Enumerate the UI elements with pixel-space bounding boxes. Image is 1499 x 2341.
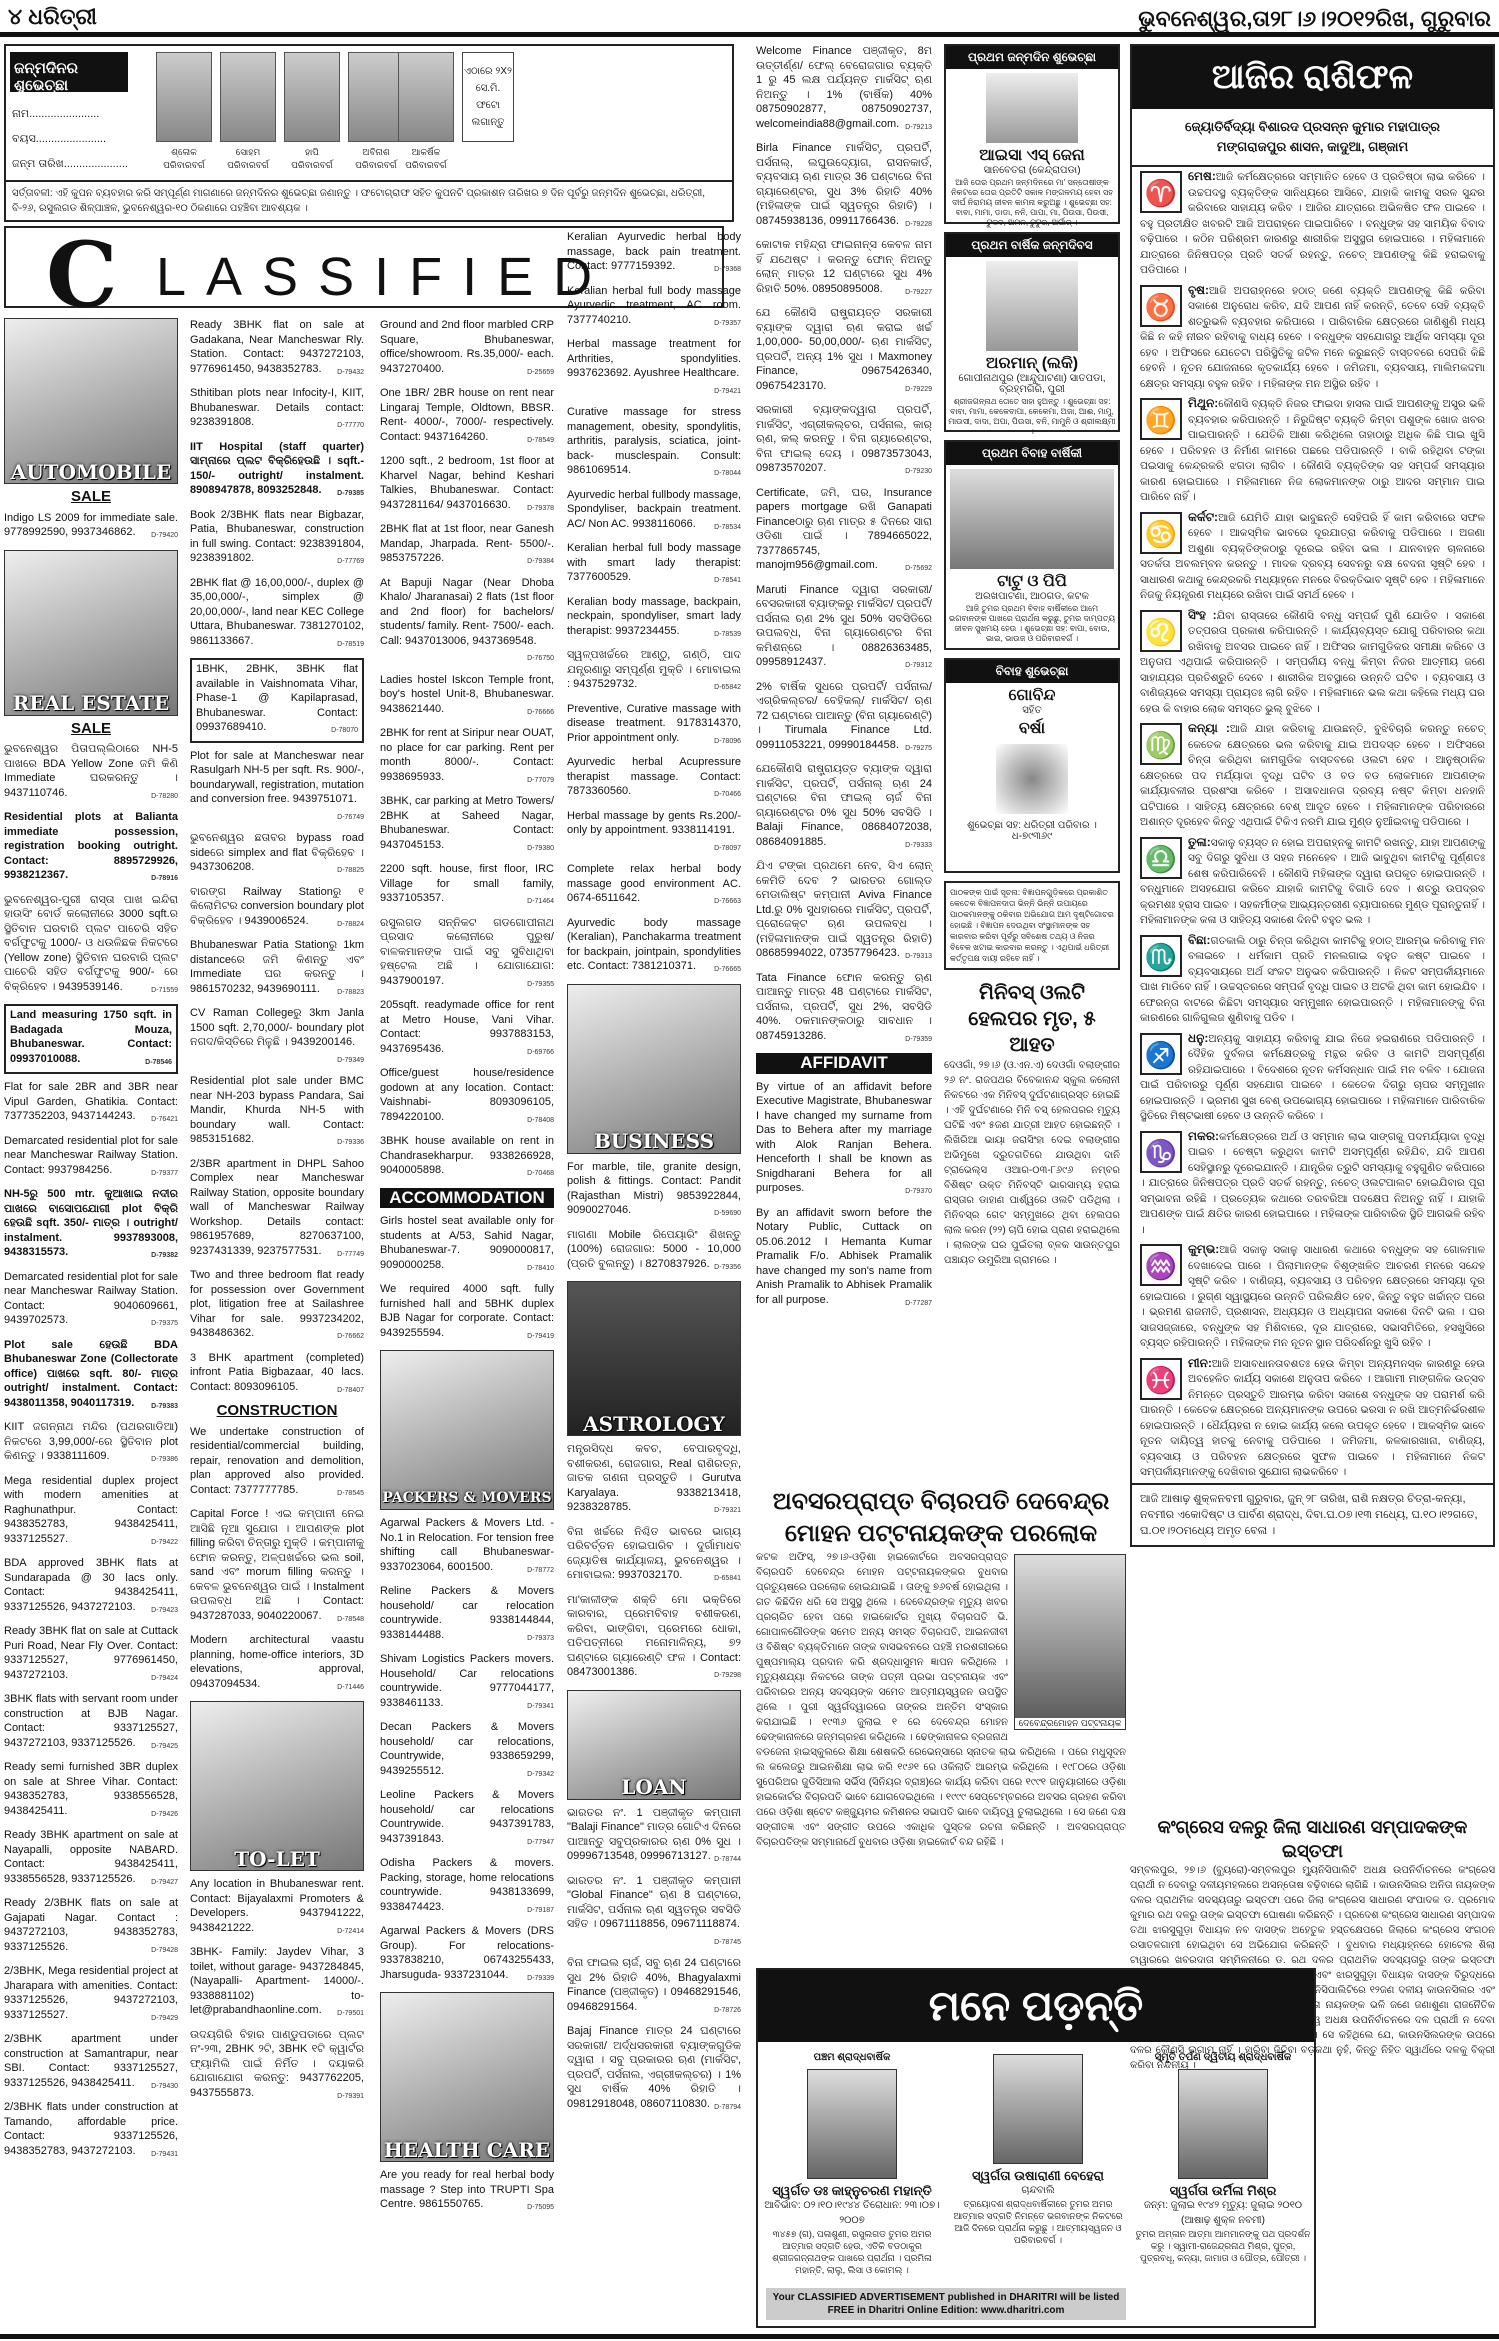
health-care-image: HEALTH CARE: [380, 1992, 554, 2162]
classified-ad: 3BHK- Family: Jaydev Vihar, 3 toilet, wi…: [190, 1945, 364, 2022]
classified-ad: 3 BHK apartment (completed) infront Pati…: [190, 1351, 364, 1399]
memorial-section: ମନେ ପଡ଼ନ୍ତି ପଞ୍ଚମ ଶ୍ରାଦ୍ଧବାର୍ଷିକ ସ୍ୱର୍ଗତ…: [756, 1968, 1316, 2328]
real-estate-image: REAL ESTATE: [4, 550, 178, 716]
birthday-form: ନାମ....................... ବୟସ..........…: [12, 102, 128, 177]
zodiac-icon: ♐: [1140, 1033, 1182, 1075]
horoscope-panel: ଆଜିର ରାଶିଫଳ ଜ୍ୟୋତିର୍ବିଦ୍ୟା ବିଶାରଦ ପ୍ରସନ୍…: [1130, 44, 1495, 1547]
classified-ad: Plot sale ହେଉଛି BDA Bhubaneswar Zone (Co…: [4, 1338, 178, 1415]
classified-ad: ଉଦୟଗିରି ବିହାର ପାଣ୍ଡୁପଡାରେ ପ୍ଲଟ ନଂ-୨୩, 2B…: [190, 2028, 364, 2105]
classified-ad: Land measuring 1750 sqft. in Badagada Mo…: [4, 1004, 178, 1074]
classified-ad: Ready 3BHK flat on sale at Gadakana, Nea…: [190, 318, 364, 380]
to-let-image: TO-LET: [190, 1701, 364, 1871]
classified-ad: ଭୁବନେଶ୍ୱର-ପୁରୀ ରାସ୍ତା ପାଖ ଇନ୍ଦିରା ହାଉସିଂ…: [4, 893, 178, 999]
classified-ad: ମା'କାଳୀଙ୍କ ଶକ୍ତି ମୋ ଭକ୍ତିରେ କାରବାର, ପ୍ରେ…: [567, 1593, 741, 1684]
classified-ad: ଯେକୌଣସି ରାଷ୍ଟ୍ରାୟତ୍ତ ବ୍ୟାଙ୍କ ଦ୍ୱାରା ମାର୍…: [756, 762, 932, 853]
classified-ad: 2BHK flat at 1st floor, near Ganesh Mand…: [380, 522, 554, 570]
news-headline: ମିନିବସ୍ ଓଲଟି ହେଲପର ମୃତ, ୫ ଆହତ: [944, 980, 1120, 1058]
classified-ad: Ladies hostel Iskcon Temple front, boy's…: [380, 673, 554, 721]
classified-ad: Birla Finance ମାର୍କସିଟ୍, ପ୍ରପର୍ଟି, ପର୍ସନ…: [756, 141, 932, 232]
dateline: ଭୁବନେଶ୍ୱର,ତା୨୮।୬।୨୦୧୨ରିଖ, ଗୁରୁବାର: [1138, 6, 1491, 32]
classified-ad: Any location in Bhubaneswar rent. Contac…: [190, 1877, 364, 1939]
classified-ad: Demarcated residential plot for sale nea…: [4, 1134, 178, 1182]
classified-ad: By virtue of an affidavit before Executi…: [756, 1080, 932, 1200]
classified-ad: Decan Packers & Movers household/ car re…: [380, 1720, 554, 1782]
classified-ad: Herbal massage treatment for Arthrities,…: [567, 337, 741, 399]
birthday-coupon-title: ଜନ୍ମଦିନର ଶୁଭେଚ୍ଛା: [10, 52, 128, 92]
classified-ad: ଭାରତର ନଂ. 1 ପଞ୍ଜୀକୃତ କମ୍ପାନୀ "Global Fin…: [567, 1874, 741, 1951]
classified-ad: Curative massage for stress management, …: [567, 405, 741, 482]
classified-ad: Complete relax herbal body massage good …: [567, 862, 741, 910]
child-caption: ହାପିପରିବାରବର୍ଗ: [282, 146, 342, 172]
horoscope-sign: ♑ମକର:କର୍ମକ୍ଷେତ୍ରରେ ଅର୍ଥ ଓ ସମ୍ମାନ ଲାଭ ସାଙ…: [1132, 1127, 1493, 1241]
classified-ad: Bhubaneswar Patia Stationରୁ 1km distance…: [190, 938, 364, 1000]
classified-ad: Capital Force ! ଏଇ କମ୍ପାନୀ ନେଇ ଆସିଛି ନୂଆ…: [190, 1507, 364, 1627]
child-photo: [284, 52, 340, 142]
classified-ad: ମନ୍ତ୍ରସିଦ୍ଧ କବଚ, ବେପାରବୃଦ୍ଧି, ବଶୀକରଣ, ରୋ…: [567, 1442, 741, 1519]
classified-ad: By an affidavit sworn before the Notary …: [756, 1206, 932, 1312]
child-photo: [348, 52, 404, 142]
classified-ad: Indigo LS 2009 for immediate sale. 97789…: [4, 511, 178, 544]
classified-ad: We required 4000 sqft. fully furnished h…: [380, 1282, 554, 1344]
loan-image: LOAN: [567, 1690, 741, 1800]
classified-ad: Demarcated residential plot for sale nea…: [4, 1270, 178, 1332]
horoscope-sign: ♈ମେଷ:ଆଜି କର୍ମକ୍ଷେତ୍ରରେ ସମ୍ମାନିତ ହେବେ ଓ ପ…: [1132, 167, 1493, 281]
page-number-label: ୪ ଧରିତ୍ରୀ: [8, 4, 97, 30]
astrologer-info: ଜ୍ୟୋତିର୍ବିଦ୍ୟା ବିଶାରଦ ପ୍ରସନ୍ନ କୁମାର ମହାପ…: [1132, 109, 1493, 167]
classified-ad: Two and three bedroom flat ready for pos…: [190, 1268, 364, 1345]
classified-ad: 1BHK, 2BHK, 3BHK flat available in Vaish…: [190, 658, 364, 743]
column-4: Keralian Ayurvedic herbal body massage, …: [567, 230, 741, 2121]
child-caption: ଶ୍ଳୋକପରିବାରବର୍ଗ: [154, 146, 214, 172]
classified-ad: Sthitiban plots near Infocity-I, KIIT, B…: [190, 386, 364, 434]
zodiac-icon: ♉: [1140, 285, 1182, 327]
top-rule: [0, 32, 1499, 37]
coupon-terms: ସର୍ତ୍ତାବଳୀ: ଏହି କୁପନ ବ୍ୟବହାର କରି ସମ୍ପୂର୍…: [6, 180, 732, 220]
greeting-card: ପ୍ରଥମ ବାର୍ଷିକ ଜନ୍ମଦିବସ ଅରମାନ୍ (ଲକି) ଗୋପୀ…: [944, 232, 1120, 432]
classified-ad: Mega residential duplex project with mod…: [4, 1474, 178, 1551]
classified-ad: 205sqft. readymade office for rent at Me…: [380, 998, 554, 1060]
obituary-card: ସ୍ମୃତି ତର୍ପଣ ଦ୍ୱିତୀୟ ଶ୍ରାଦ୍ଧବାର୍ଷିକ ସ୍ୱର…: [1133, 2050, 1313, 2264]
classified-ad: ଭୁବନେଶ୍ୱର ଛତାବର bypass road sideରେ simpl…: [190, 831, 364, 879]
business-image: BUSINESS: [567, 984, 741, 1154]
classified-ad: Certificate, ଜମି, ଘର, Insurance papers m…: [756, 486, 932, 577]
classified-ad: Residential plots at Balianta immediate …: [4, 810, 178, 887]
classified-ad: Ayurvedic body massage (Keralian), Panch…: [567, 916, 741, 978]
classified-ad: ବିନା ଫାଇଲ ଚାର୍ଜ, ସବୁ ଋଣ 24 ଘଣ୍ଟାରେ ସୁଧ 2…: [567, 1956, 741, 2018]
classified-ad: Odisha Packers & movers. Packing, storag…: [380, 1856, 554, 1918]
greeting-card: ପ୍ରଥମ ଜନ୍ମଦିନ ଶୁଭେଚ୍ଛା ଆଇସା ଏସ୍ ଜେନା ସାନ…: [944, 44, 1120, 224]
column-3: Ground and 2nd floor marbled CRP Square,…: [380, 318, 554, 2222]
classified-ad: Keralian Ayurvedic herbal body massage, …: [567, 230, 741, 278]
classified-ad: ସରକାରୀ ବ୍ୟାଙ୍କଦ୍ୱାରା ପ୍ରପର୍ଟି, ମାର୍କସିଟ୍…: [756, 403, 932, 480]
zodiac-icon: ♌: [1140, 610, 1182, 652]
name-field: ନାମ.......................: [12, 102, 128, 127]
classified-ad: Ayurvedic herbal Acupressure therapist m…: [567, 755, 741, 803]
sale-heading: SALE: [4, 490, 178, 505]
classified-ad: Tata Finance ଫୋନ କରନ୍ତୁ ଋଣ ପାଆନ୍ତୁ ମାତ୍ର…: [756, 971, 932, 1048]
horoscope-sign: ♒କୁମ୍ଭ:ଆଜି ସକାଳୁ ସକାଳୁ ସାଧାରଣ କଥାରେ ବନ୍ଧ…: [1132, 1240, 1493, 1354]
horoscope-sign: ♏ବିଛା:ଗତକାଲି ଠାରୁ ଚିନ୍ତା କରିଥିବା କାମଟିକୁ…: [1132, 931, 1493, 1029]
accommodation-heading: ACCOMMODATION: [380, 1188, 554, 1209]
horoscope-sign: ♋କର୍କଟ:ଆଜି ଯେମିତି ଯାହା ଭାବୁଛନ୍ତି ସେହିପରି…: [1132, 508, 1493, 606]
horoscope-sign: ♍କନ୍ୟା :ଆଜି ଯାହା କରିବାକୁ ଯାଉଛନ୍ତି, ବୁଝିବ…: [1132, 719, 1493, 833]
classified-ad: ମାଗଣା Mobile ରିପେୟାରିଂ ଶିଖନ୍ତୁ (100%) ରୋ…: [567, 1228, 741, 1276]
classified-ad: At Bapuji Nagar (Near Dhoba Khalo/ Jhara…: [380, 576, 554, 667]
classified-ad: Plot for sale at Mancheswar near Rasulga…: [190, 749, 364, 826]
classified-ad: 3BHK, car parking at Metro Towers/ 2BHK …: [380, 794, 554, 856]
classified-ad: 2/3BR apartment in DHPL Sahoo Complex ne…: [190, 1157, 364, 1263]
classified-ad: 2BHK for rent at Siripur near OUAT, no p…: [380, 726, 554, 788]
horoscope-sign: ♎ତୁଳା:ସକାଳୁ ବ୍ୟସ୍ତ ନ ହୋଇ ଅପରାହ୍ନକୁ କାମଟି…: [1132, 833, 1493, 931]
child-caption: ସୋହମପରିବାରବର୍ଗ: [218, 146, 278, 172]
news-headline: କଂଗ୍ରେସ ଦଳରୁ ଜିଲା ସାଧାରଣ ସମ୍ପାଦକଙ୍କ ଇସ୍ତ…: [1130, 1815, 1495, 1863]
classified-ad: ଯେ କୌଣସି ରାଷ୍ଟ୍ରାୟତ୍ତ ସରକାରୀ ବ୍ୟାଙ୍କ ଦ୍ୱ…: [756, 306, 932, 397]
zodiac-icon: ♈: [1140, 171, 1182, 213]
classified-ad: Ground and 2nd floor marbled CRP Square,…: [380, 318, 554, 380]
photo-placeholder: ଏଠାରେ ୨X୨ ସେ.ମି. ଫଟୋ ଲଗାନ୍ତୁ: [462, 52, 514, 142]
zodiac-icon: ♏: [1140, 935, 1182, 977]
obituary-news: ଅବସରପ୍ରାପ୍ତ ବିଚାରପତି ଦେବେନ୍ଦ୍ର ମୋହନ ପଟ୍ଟ…: [756, 1486, 1126, 1850]
classified-ad: Keralian body massage, backpain, neckpai…: [567, 595, 741, 643]
classified-ad: Agarwal Packers & Movers Ltd. - No.1 in …: [380, 1516, 554, 1578]
classified-ad: 2BHK flat @ 16,00,000/-, duplex @ 35,00,…: [190, 576, 364, 653]
greetings-column: ପ୍ରଥମ ଜନ୍ମଦିନ ଶୁଭେଚ୍ଛା ଆଇସା ଏସ୍ ଜେନା ସାନ…: [944, 44, 1120, 1268]
classified-ad: 2/3BHK flats under construction at Taman…: [4, 2100, 178, 2162]
horoscope-sign: ♉ବୃଷ:ଆଜି ଅପରାହ୍ନରେ ହଠାତ୍ ଜଣେ ବ୍ୟକ୍ତି ଆପଣ…: [1132, 281, 1493, 395]
classified-ad: Residential plot sale under BMC near NH-…: [190, 1074, 364, 1151]
classified-ad: Are you ready for real herbal body massa…: [380, 2168, 554, 2216]
zodiac-icon: ♋: [1140, 512, 1182, 554]
memorial-title: ମନେ ପଡ଼ନ୍ତି: [758, 1970, 1314, 2042]
classified-ad: Keralian herbal full body massage with s…: [567, 541, 741, 589]
panchang: ଆଜି ଆଷାଢ଼ ଶୁକ୍ଳନବମୀ ଗୁରୁବାର, ଜୁନ୍ ୨୮ ତାର…: [1132, 1483, 1493, 1545]
packers-movers-image: PACKERS & MOVERS: [380, 1350, 554, 1510]
classified-rest: LASSIFIED: [156, 246, 612, 308]
dob-field: ଜନ୍ମ ତାରିଖ.....................: [12, 152, 128, 177]
child-photo: [220, 52, 276, 142]
classified-ad: ଯିଏ ଟଙ୍କା ପ୍ରଥମେ ନେବ, ସିଏ ଲୋନ୍ କେମିତି ଦେ…: [756, 859, 932, 965]
classified-ad: ବାରଙ୍ଗ Railway Stationରୁ ୧ କିଲୋମିଟର conv…: [190, 885, 364, 933]
classified-ad: Office/guest house/residence godown at a…: [380, 1066, 554, 1128]
classified-ad: IIT Hospital (staff quarter) ସାମ୍ନାରେ ପ୍…: [190, 440, 364, 502]
classified-ad: 1200 sqft., 2 bedroom, 1st floor at Khar…: [380, 454, 554, 516]
bottom-rule: [0, 2334, 1499, 2339]
news-headline: ଅବସରପ୍ରାପ୍ତ ବିଚାରପତି ଦେବେନ୍ଦ୍ର ମୋହନ ପଟ୍ଟ…: [756, 1486, 1126, 1550]
classified-ad: 3BHK house available on rent in Chandras…: [380, 1134, 554, 1182]
news-body: ଦେଓଗାଁ, ୨୭।୬ (ଓ.ଏନ.ଏ) ଦେଓଗାଁ ବଲାଙ୍ଗୀର ୨୬…: [944, 1058, 1120, 1268]
classified-ad: One 1BR/ 2BR house on rent near Lingaraj…: [380, 386, 554, 448]
classified-ad: Shivam Logistics Packers movers. Househo…: [380, 1652, 554, 1714]
classified-ad: Ready 3BHK flat on sale at Cuttack Puri …: [4, 1624, 178, 1686]
child-photo: [398, 52, 454, 142]
classified-ad: ରସୁଲଗଡ ସନ୍ନିକଟ ଗଡଗୋପୀନାଥ ପ୍ରସାଦ କଲୋନୀରେ …: [380, 916, 554, 993]
classified-ad: 2% ବାର୍ଷିକ ସୁଧରେ ପ୍ରପର୍ଟି/ ପର୍ସନାଲ/ ଏଗ୍ର…: [756, 680, 932, 757]
classified-ad: CV Raman Collegeରୁ 3km Janla 1500 sqft. …: [190, 1006, 364, 1068]
zodiac-icon: ♊: [1140, 398, 1182, 440]
classified-ad: ସ୍ୱଳ୍ପଖର୍ଚ୍ଚରେ ଆଣ୍ଠୁ, ଗଣ୍ଠି, ପାଦ ଯନ୍ତ୍ରଣ…: [567, 648, 741, 696]
classified-ad: We undertake construction of residential…: [190, 1425, 364, 1502]
classified-ad: ଭୁବନେଶ୍ୱର ପିତାପଲ୍ଲିଠାରେ NH-5 ପାଖରେ BDA Y…: [4, 742, 178, 804]
column-5: Welcome Finance ପଞ୍ଜୀକୃତ, 8ମ ଉତ୍ତୀର୍ଣ୍ଣ/…: [756, 44, 932, 1317]
classified-ad: 2/3BHK apartment under construction at S…: [4, 2032, 178, 2094]
classified-ad: ବିନା ଖର୍ଚ୍ଚରେ ନିଶ୍ଚିତ ଭାବରେ ଭାଗ୍ୟ ପରିବର୍…: [567, 1525, 741, 1587]
classified-ad: 2200 sqft. house, first floor, IRC Villa…: [380, 862, 554, 910]
child-caption: ଆକର୍ଷିକପରିବାରବର୍ଗ: [396, 146, 456, 172]
horoscope-sign: ♌ସିଂହ :ଯିବା ରାସ୍ତାରେ କୌଣସି ବନ୍ଧୁ ସମ୍ପର୍କ…: [1132, 606, 1493, 720]
free-listing-notice: Your CLASSIFIED ADVERTISEMENT published …: [766, 2288, 1126, 2320]
classified-c-letter: C: [46, 222, 118, 328]
automobile-image: AUTOMOBILE: [4, 318, 178, 484]
birthday-coupon: ଜନ୍ମଦିନର ଶୁଭେଚ୍ଛା ନାମ...................…: [4, 44, 734, 222]
zodiac-icon: ♓: [1140, 1358, 1182, 1400]
classified-ad: Leoline Packers & Movers household/ car …: [380, 1788, 554, 1850]
zodiac-icon: ♑: [1140, 1131, 1182, 1173]
affidavit-heading: AFFIDAVIT: [756, 1053, 932, 1074]
classified-ad: Ayurvedic herbal fullbody massage, Spond…: [567, 488, 741, 536]
astrology-image: ASTROLOGY: [567, 1281, 741, 1436]
classified-ad: Welcome Finance ପଞ୍ଜୀକୃତ, 8ମ ଉତ୍ତୀର୍ଣ୍ଣ/…: [756, 44, 932, 135]
classified-ad: ଭାରତର ନଂ. 1 ପଞ୍ଜୀକୃତ କମ୍ପାନୀ "Balaji Fin…: [567, 1806, 741, 1868]
classified-ad: KIIT ଜଗନ୍ନାଥ ମନ୍ଦିର (ପଥରଗାଡିଆ) ନିକଟରେ 3,…: [4, 1420, 178, 1468]
classified-ad: Girls hostel seat available only for stu…: [380, 1214, 554, 1276]
horoscope-sign: ♊ମିଥୁନ:କୌଣସି ବ୍ୟକ୍ତି ନିଜର ଫାଇଦା ହାସଲ ପାଇ…: [1132, 394, 1493, 508]
wedding-greeting-card: ବିବାହ ଶୁଭେଚ୍ଛା ଗୋବିନ୍ଦ ସହିତ ବର୍ଷା ଶୁଭେଚ୍…: [944, 658, 1120, 873]
classified-ad: Preventive, Curative massage with diseas…: [567, 702, 741, 750]
column-1: AUTOMOBILE SALE Indigo LS 2009 for immed…: [4, 318, 178, 2168]
child-photo: [156, 52, 212, 142]
classified-ad: BDA approved 3BHK flats at Sundarapada @…: [4, 1556, 178, 1618]
construction-heading: CONSTRUCTION: [190, 1404, 364, 1419]
zodiac-icon: ♒: [1140, 1244, 1182, 1286]
classified-ad: Modern architectural vaastu planning, ho…: [190, 1633, 364, 1695]
classified-ad: Maruti Finance ଦ୍ୱାରା ସରକାରୀ/ ବେସରକାରୀ ବ…: [756, 583, 932, 674]
classified-ad: Reline Packers & Movers household/ car r…: [380, 1584, 554, 1646]
judge-photo: ଦେବେନ୍ଦ୍ରମୋହନ ପଟ୍ଟନାୟକ: [1014, 1554, 1126, 1730]
classified-ad: NH-5ରୁ 500 mtr. କୁଆଖାଇ ନଦୀର ପାଖରେ ବାସୋପଯ…: [4, 1187, 178, 1264]
classified-ad: For marble, tile, granite design, polish…: [567, 1160, 741, 1222]
obituary-card: ପଞ୍ଚମ ଶ୍ରାଦ୍ଧବାର୍ଷିକ ସ୍ୱର୍ଗତ ଡଃ କାହ୍ନୁଚର…: [762, 2050, 942, 2276]
classified-ad: Bajaj Finance ମାତ୍ର 24 ଘଣ୍ଟାରେ ସରକାରୀ/ ଅ…: [567, 2024, 741, 2115]
classified-ad: Ready 2/3BHK flats on sale at Gajapati N…: [4, 1896, 178, 1958]
classified-ad: Agarwal Packers & Movers (DRS Group). Fo…: [380, 1924, 554, 1986]
classified-ad: କୋଟାକ ମହିନ୍ଦ୍ରା ଫାଇନାନ୍ସ କେବଳ ନାମ ହିଁ ଯଥ…: [756, 238, 932, 300]
classified-ad: 2/3BHK, Mega residential project at Jhar…: [4, 1964, 178, 2026]
zodiac-icon: ♎: [1140, 837, 1182, 879]
classified-ad: Book 2/3BHK flats near Bigbazar, Patia, …: [190, 508, 364, 570]
sale-heading: SALE: [4, 722, 178, 737]
reader-notice: ପାଠକଙ୍କ ପାଇଁ ସୂଚନା: ବିଜ୍ଞାପନଗୁଡ଼ିକରେ ପ୍ର…: [944, 881, 1120, 970]
obituary-card: ସ୍ୱର୍ଗତା ଉଷାରାଣୀ ବେହେରା ଚାନ୍ଦବାଲି ତ୍ରୟୋଦ…: [948, 2050, 1128, 2246]
classified-ad: Flat for sale 2BR and 3BR near Vipul Gar…: [4, 1080, 178, 1128]
horoscope-title: ଆଜିର ରାଶିଫଳ: [1132, 46, 1493, 109]
classified-ad: 3BHK flats with servant room under const…: [4, 1692, 178, 1754]
zodiac-icon: ♍: [1140, 723, 1182, 765]
horoscope-sign: ♐ଧନୁ:ଅନ୍ୟକୁ ସାହାଯ୍ୟ କରିବାକୁ ଯାଇ ନିଜେ ହଇର…: [1132, 1029, 1493, 1127]
classified-ad: Herbal massage by gents Rs.200/- only by…: [567, 809, 741, 857]
horoscope-sign: ♓ମୀନ:ଆଜି ଅସାବଧାନତାବଶତଃ ହେଉ କିମ୍ବା ଅନ୍ୟମନ…: [1132, 1354, 1493, 1483]
age-field: ବୟସ.......................: [12, 127, 128, 152]
column-2: Ready 3BHK flat on sale at Gadakana, Nea…: [190, 318, 364, 2110]
greeting-card: ପ୍ରଥମ ବିବାହ ବାର୍ଷିକୀ ଟାଟୁ ଓ ପିପି ଅରଖପାଟଣ…: [944, 440, 1120, 650]
classified-ad: Ready semi furnished 3BR duplex on sale …: [4, 1760, 178, 1822]
classified-ad: Ready 3BHK apartment on sale at Nayapall…: [4, 1828, 178, 1890]
classified-ad: Keralian herbal full body massage Ayurve…: [567, 284, 741, 332]
